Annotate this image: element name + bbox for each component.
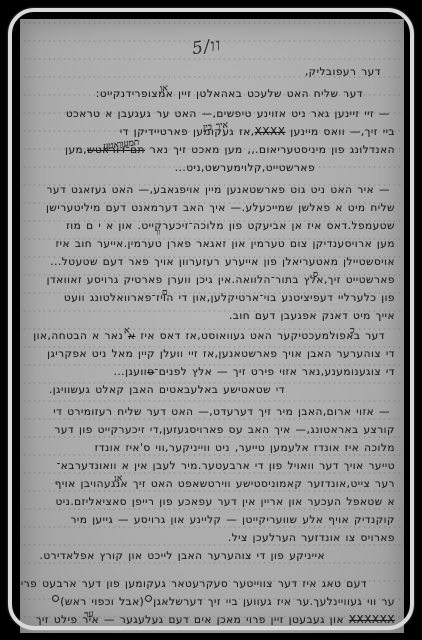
typed-text: די צוהערער האבן אויך פארשטאנען,אז זיי וו… bbox=[47, 348, 395, 360]
paragraph: דער כבאפולמעכטיקער האט געוואוסט,אז דאס א… bbox=[34, 327, 395, 399]
text-line: טייער אויך דער וואויל פון די ארבעטער.מיר… bbox=[34, 457, 395, 475]
text-line: קוקנדיק אויף אלע שוועריקייטן — קליינע או… bbox=[34, 511, 395, 529]
text-line: ער ווי געוויינלעך.ער איז געווען ביי זיך … bbox=[34, 593, 395, 611]
typed-text: פארשטייט זיך, bbox=[324, 274, 395, 286]
corrected-text: איך ביןגעקומען bbox=[193, 123, 234, 141]
typed-text: שליח מיט א פאלשן שמייכעלע.— איך האב דערמ… bbox=[46, 202, 395, 214]
typed-text: הויז bbox=[156, 292, 174, 304]
text-line: פארויס צו אונדזער הערלעכן ציל. bbox=[34, 529, 395, 547]
text-line: מען ארויסענדיקן צום טערמין און זאגאר פאר… bbox=[34, 235, 395, 253]
text-line: — זיי זיינען גאר ניט אזוינע טיפשים,— האט… bbox=[34, 105, 395, 123]
text-line: א שטאפל העכער און אריין אין דער עפאכע פו… bbox=[34, 493, 395, 511]
corrected-text: כבאפולמעכטיקער bbox=[277, 327, 360, 345]
corrected-text: תמעוואטעתם־דוראטש bbox=[87, 141, 145, 159]
struck-out-text: XXXXXX bbox=[349, 614, 395, 626]
typed-text: פילט זיך bbox=[36, 614, 82, 626]
struck-out-text: א bbox=[128, 330, 136, 342]
paragraph: דער שליח האט שלעכט באהאלטן זיין אואמצופר… bbox=[34, 85, 395, 103]
text-line: די צוגענומענע,נאר אזוי פירט זיך — אלץ לפ… bbox=[34, 363, 395, 381]
typed-text: ,מען bbox=[65, 144, 87, 156]
typed-text: דער שליח האט שלעכט באהאלטן זיין bbox=[173, 88, 363, 100]
typed-text: שטעמפל.דאס איז אן אביעקט פון מלוכה־זיכער… bbox=[66, 220, 395, 232]
typed-text: רער צייט,אונדזער קאמוניסטישע ווירטשאפט ה… bbox=[128, 478, 395, 490]
typed-text: דעם טאג איז דער צווייטער סעקרעטאר געקומע… bbox=[20, 578, 367, 590]
typed-text: אנגעהויבן bbox=[80, 478, 128, 490]
typed-text: פון כלערליי דעפיציטנע בוי־ארטיקלען,און ד… bbox=[174, 292, 395, 304]
typed-text: אויסשטיילן מאטעריאלן פון אייערע רעזערוון… bbox=[50, 256, 395, 268]
text-line: ביי זיך,— וואס מיינען XXXX,אז איך ביןגעק… bbox=[34, 123, 395, 141]
paragraph: דעם טאג איז דער צווייטער סעקרעטאר געקומע… bbox=[34, 575, 395, 633]
handwritten-page-number: וו/5 bbox=[191, 35, 223, 59]
typed-text: אייך מיט דאנק אפגעבן דעם חוב. bbox=[229, 310, 395, 322]
photographed-document: { "colors":{"background":"#000000","fram… bbox=[0, 0, 422, 640]
typed-text: — איר האט ניט גוט פארשטאנען מיין אויפגאב… bbox=[46, 184, 390, 196]
text-line: אייך מיט דאנק אפגעבן דעם חוב. bbox=[34, 307, 395, 325]
paragraph: דער רעפובליק, bbox=[34, 63, 395, 81]
text-line: דעם טאג איז דער צווייטער סעקרעטאר געקומע… bbox=[34, 575, 395, 593]
typed-text: האנדלונג פון מיניסטעריאום.,, מען מאכט זי… bbox=[145, 144, 395, 156]
text-line: פארשטייט,קלוימערשט,ניט... bbox=[34, 159, 395, 177]
typed-text: אלץ bbox=[304, 274, 324, 286]
typed-text: מען ארויסענדיקן צום טערמין און זאגאר פאר… bbox=[56, 238, 395, 250]
typed-text: באפולמעכטיקער bbox=[277, 330, 360, 342]
paragraph: — זיי זיינען גאר ניט אזוינע טיפשים,— האט… bbox=[34, 105, 395, 177]
typed-text: קורצע באראטונג,— איך האב עס פארויסגעזען,… bbox=[54, 424, 395, 436]
typed-text: (אבל וכפוי ראש) bbox=[60, 596, 144, 608]
text-line: מיד.זי האט אבער פארשטאנען,אז דער מאן גרי… bbox=[34, 629, 395, 633]
typed-text: די שטאטישע באלעבאטים האבן קאלט געשוויגן. bbox=[49, 384, 285, 396]
typed-text: געקומען bbox=[193, 126, 234, 138]
typed-text: קוקנדיק אויף אלע שוועריקייטן — קליינע או… bbox=[70, 514, 395, 526]
typed-text: וועגן... bbox=[114, 366, 148, 378]
paragraph: — אזוי ארום,האבן מיר זיך דערעדט,— האט דע… bbox=[34, 403, 395, 565]
typed-text: א שטאפל העכער און אריין אין דער עפאכע פו… bbox=[55, 496, 395, 508]
typed-text: פארויס צו אונדזער הערלעכן ציל. bbox=[228, 532, 395, 544]
typed-text: און געבעטן זיין פרוי מאכן אים דעם געלעגע… bbox=[99, 614, 349, 626]
document-body: דער רעפובליק,דער שליח האט שלעכט באהאלטן … bbox=[34, 63, 395, 633]
typed-text: די צוגענומענע,נאר אזוי פירט זיך — אלץ לפ… bbox=[154, 366, 395, 378]
typed-text: מיד.זי האט אבער פארשטאנען,אז דער מאן גרי… bbox=[50, 632, 395, 633]
text-line: שליח מיט א פאלשן שמייכעלע.— איך האב דערמ… bbox=[34, 199, 395, 217]
typed-text: טייער אויך דער וואויל פון די ארבעטער.מיר… bbox=[56, 460, 395, 472]
text-line: מלוכה איז אונדז אלעמען טייער, ניט ווייני… bbox=[34, 439, 395, 457]
text-line: קורצע באראטונג,— איך האב עס פארויסגעזען,… bbox=[34, 421, 395, 439]
text-line: האנדלונג פון מיניסטעריאום.,, מען מאכט זי… bbox=[34, 141, 395, 159]
typed-text: — זיי זיינען גאר ניט אזוינע טיפשים,— האט… bbox=[66, 108, 390, 120]
typed-text: ־פארוואלטונג וועט bbox=[64, 292, 156, 304]
corrected-text: עראיר bbox=[82, 611, 99, 629]
text-line: אייניקע פון די צוהערער האבן לייכט און קו… bbox=[34, 547, 395, 565]
text-line: שטעמפל.דאס איז אן אביעקט פון מלוכה־זיכער… bbox=[34, 217, 395, 235]
text-line: די שטאטישע באלעבאטים האבן קאלט געשוויגן. bbox=[34, 381, 395, 399]
corrected-text: אנאנגעהויבן bbox=[80, 475, 128, 493]
struck-out-text: תם־דוראטש bbox=[87, 144, 145, 156]
text-line: XXXXXX און געבעטן זיין פרוי מאכן אים דעם… bbox=[34, 611, 395, 629]
text-line: אויסשטיילן מאטעריאלן פון אייערע רעזערוון… bbox=[34, 253, 395, 271]
typed-text: ,אז bbox=[234, 126, 254, 138]
typed-text: ביי זיך,— וואס מיינען bbox=[285, 126, 395, 138]
text-line: — אזוי ארום,האבן מיר זיך דערעדט,— האט דע… bbox=[34, 403, 395, 421]
text-line: דער רעפובליק, bbox=[34, 63, 395, 81]
text-line: רער צייט,אונדזער קאמוניסטישע ווירטשאפט ה… bbox=[34, 475, 395, 493]
typed-text: איר bbox=[82, 614, 99, 626]
typed-text: האט געוואוסט,אז דאס איז bbox=[136, 330, 278, 342]
typed-text: פארשטייט,קלוימערשט,ניט... bbox=[175, 162, 315, 174]
typed-text: אויף bbox=[55, 478, 81, 490]
corrected-text: סאלץ bbox=[304, 271, 324, 289]
typed-text: נאר א הבטחה,און bbox=[33, 330, 128, 342]
paper-sheet: וו/5 וו דער רעפובליק,דער שליח האט שלעכט … bbox=[20, 19, 404, 633]
typed-text: אייניקע פון די צוהערער האבן לייכט און קו… bbox=[40, 550, 326, 562]
typed-text: דער רעפובליק, bbox=[305, 66, 381, 78]
paragraph: — איר האט ניט גוט פארשטאנען מיין אויפגאב… bbox=[34, 181, 395, 325]
typed-text: ער ווי געוויינלעך.ער איז געווען ביי זיך … bbox=[153, 596, 395, 608]
struck-out-text: XXXX bbox=[255, 126, 286, 138]
typed-text: אמצופרידנקייט: bbox=[96, 88, 174, 100]
text-line: פון כלערליי דעפיציטנע בוי־ארטיקלען,און ד… bbox=[34, 289, 395, 307]
corrected-text: אואמצופרידנקייט: bbox=[96, 85, 174, 103]
circled-editor-mark bbox=[145, 595, 152, 602]
typed-text: דער bbox=[360, 330, 385, 342]
corrected-text: םהויז bbox=[156, 289, 174, 307]
text-line: דער שליח האט שלעכט באהאלטן זיין אואמצופר… bbox=[34, 85, 395, 103]
typed-text: בתור־הלוואה.אין גיכן ווערן פארטיק גרויסע… bbox=[47, 274, 304, 286]
text-line: — איר האט ניט גוט פארשטאנען מיין אויפגאב… bbox=[34, 181, 395, 199]
text-line: די צוהערער האבן אויך פארשטאנען,אז זיי וו… bbox=[34, 345, 395, 363]
corrected-text: אא bbox=[128, 327, 136, 345]
circled-editor-mark bbox=[52, 595, 59, 602]
typed-text: מלוכה איז אונדז אלעמען טייער, ניט ווייני… bbox=[95, 442, 395, 454]
text-line: דער כבאפולמעכטיקער האט געוואוסט,אז דאס א… bbox=[34, 327, 395, 345]
typed-text: — אזוי ארום,האבן מיר זיך דערעדט,— האט דע… bbox=[53, 406, 390, 418]
text-line: פארשטייט זיך,סאלץ בתור־הלוואה.אין גיכן ו… bbox=[34, 271, 395, 289]
struck-out-text: ס bbox=[147, 366, 154, 378]
typed-text: פארטיידיקן די bbox=[120, 126, 193, 138]
